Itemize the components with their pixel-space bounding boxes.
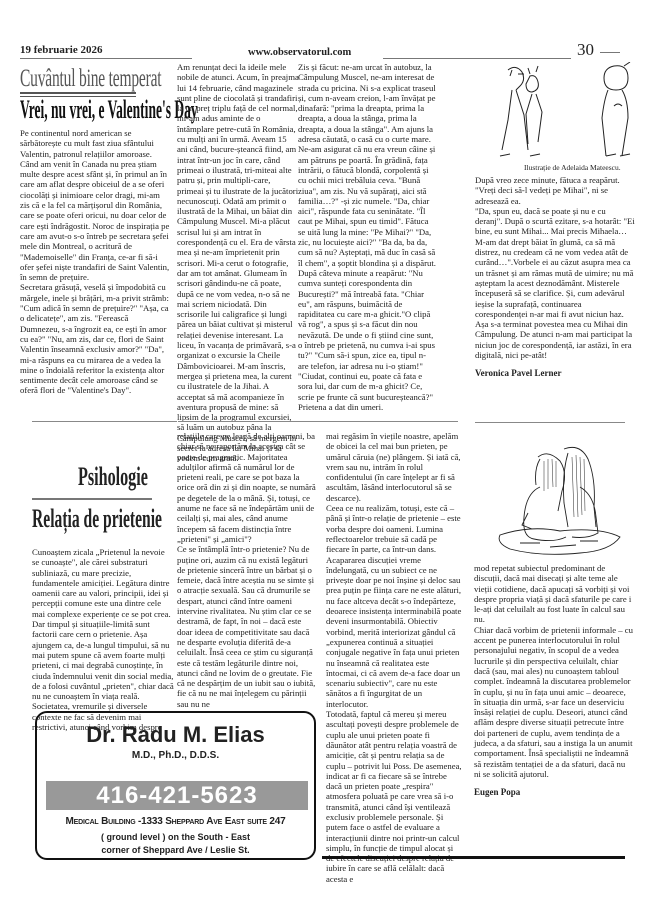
- doctor-name: Dr. Radu M. Elias: [37, 722, 314, 748]
- article1-column-1: Pe continentul nord american se sărbător…: [20, 128, 170, 396]
- paragraph: Zis și făcut: ne-am urcat în autobuz, la…: [298, 62, 436, 412]
- illustration-caption: Ilustrație de Adelaida Mateescu.: [524, 163, 621, 172]
- article1-column-2: Am renunțat deci la ideile mele nobile d…: [177, 62, 299, 464]
- paragraph: Ceea ce nu realizăm, totuși, este că – p…: [326, 503, 462, 709]
- address-line: Medical Building -1333 Sheppard Ave East…: [37, 816, 314, 827]
- article1-column-3: Zis și făcut: ne-am urcat în autobuz, la…: [298, 62, 436, 412]
- paragraph: "Da, spun eu, dacă se poate și nu e cu d…: [475, 206, 635, 319]
- title-rule: [32, 498, 152, 500]
- paragraph: mod repetat subiectul predominant de dis…: [474, 563, 634, 625]
- section-divider: [475, 422, 625, 423]
- article2-column-3: mai regăsim în viețile noastre, apelăm d…: [326, 431, 462, 884]
- paragraph: Cunoaștem zicala „Prietenul la nevoie se…: [32, 547, 174, 701]
- header-rule-left: [20, 58, 192, 59]
- location-line-2: corner of Sheppard Ave / Leslie St.: [37, 844, 314, 857]
- illustration-two-friends: [480, 443, 630, 558]
- author-signature: Eugen Popa: [474, 787, 634, 797]
- section-title-psihologie: Psihologie: [78, 462, 148, 492]
- paragraph: mai regăsim în viețile noastre, apelăm d…: [326, 431, 462, 503]
- paragraph: Chiar dacă vorbim de prietenii informale…: [474, 625, 634, 779]
- paragraph: După vreo zece minute, fătuca a reapărut…: [475, 175, 635, 206]
- article2-column-1: Cunoaștem zicala „Prietenul la nevoie se…: [32, 547, 174, 732]
- doctor-degrees: M.D., Ph.D., D.D.S.: [37, 750, 314, 761]
- phone-number[interactable]: 416-421-5623: [46, 781, 308, 810]
- paragraph: Așa s-a terminat povestea mea cu Mihai d…: [475, 319, 635, 360]
- issue-date: 19 februarie 2026: [20, 44, 102, 56]
- article-title-prietenie: Relația de prietenie: [32, 504, 162, 534]
- section-divider: [32, 421, 177, 422]
- paragraph: Secretara grăsuță, veselă și împodobită …: [20, 282, 170, 395]
- paragraph: relațiile care ne leagă de alți oameni, …: [177, 431, 317, 544]
- website-url[interactable]: www.observatorul.com: [248, 47, 351, 58]
- page-number: 30: [577, 40, 594, 60]
- paragraph: Pe continentul nord american se sărbător…: [20, 128, 170, 282]
- bottom-rule: [322, 856, 625, 859]
- article-title-valentines: Vrei, nu vrei, e Valentine's Day: [20, 96, 198, 124]
- article2-column-4: mod repetat subiectul predominant de dis…: [474, 563, 634, 798]
- article1-column-4: După vreo zece minute, fătuca a reapărut…: [475, 175, 635, 379]
- illustration-two-figures: [490, 62, 640, 160]
- doctor-advertisement[interactable]: Dr. Radu M. Elias M.D., Ph.D., D.D.S. 41…: [35, 711, 316, 860]
- article2-column-2: relațiile care ne leagă de alți oameni, …: [177, 431, 317, 709]
- header-rule-right: [383, 58, 571, 59]
- section-title-cuvantul: Cuvântul bine temperat: [20, 66, 94, 92]
- paragraph: Ce se întâmplă într-o prietenie? Nu de p…: [177, 544, 317, 709]
- paragraph: Am renunțat deci la ideile mele nobile d…: [177, 62, 299, 464]
- location-line-1: ( ground level ) on the South - East: [37, 831, 314, 844]
- author-signature: Veronica Pavel Lerner: [475, 368, 635, 378]
- header-rule-end: [600, 52, 620, 53]
- section-divider: [178, 421, 458, 422]
